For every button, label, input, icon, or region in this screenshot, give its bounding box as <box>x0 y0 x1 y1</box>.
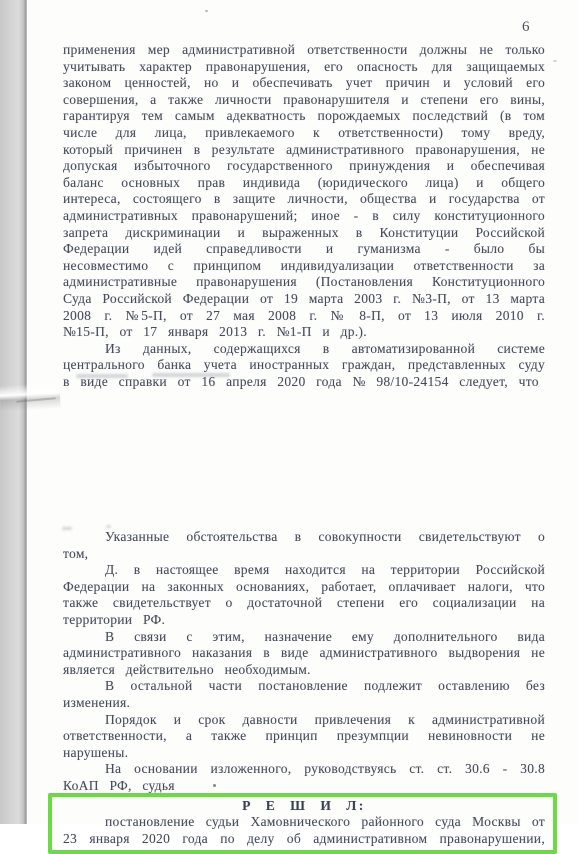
paragraph-legal-basis: На основании изложенного, руководствуясь… <box>63 761 545 794</box>
paragraph-terms: Порядок и срок давности привлечения к ад… <box>63 712 545 762</box>
text-block-upper: применения мер административной ответств… <box>63 42 545 390</box>
scan-edge-shadow <box>0 0 27 824</box>
text-block-lower: Указанные обстоятельства в совокупности … <box>63 529 545 824</box>
scan-speck <box>205 10 208 12</box>
scanned-page: 6 применения мер административной ответс… <box>0 0 578 824</box>
resolution-text: постановление судьи Хамовнического район… <box>63 814 545 824</box>
paragraph-expulsion: В связи с этим, назначение ему дополните… <box>63 629 545 679</box>
paragraph-facts: Д. в настоящее время находится на террит… <box>63 562 545 628</box>
paragraph-remainder: В остальной части постановление подлежит… <box>63 678 545 711</box>
resolution-heading: Р Е Ш И Л: <box>63 798 545 815</box>
highlight-box: Р Е Ш И Л: постановление судьи Хамовниче… <box>48 793 557 825</box>
scan-speck <box>553 60 557 62</box>
paragraph-registry: Из данных, содержащихся в автоматизирова… <box>63 341 545 391</box>
erased-text-ghost <box>106 525 111 528</box>
paragraph-principles: применения мер административной ответств… <box>63 42 545 341</box>
page-number: 6 <box>522 19 530 36</box>
paragraph-facts-lead: Указанные обстоятельства в совокупности … <box>63 529 545 562</box>
